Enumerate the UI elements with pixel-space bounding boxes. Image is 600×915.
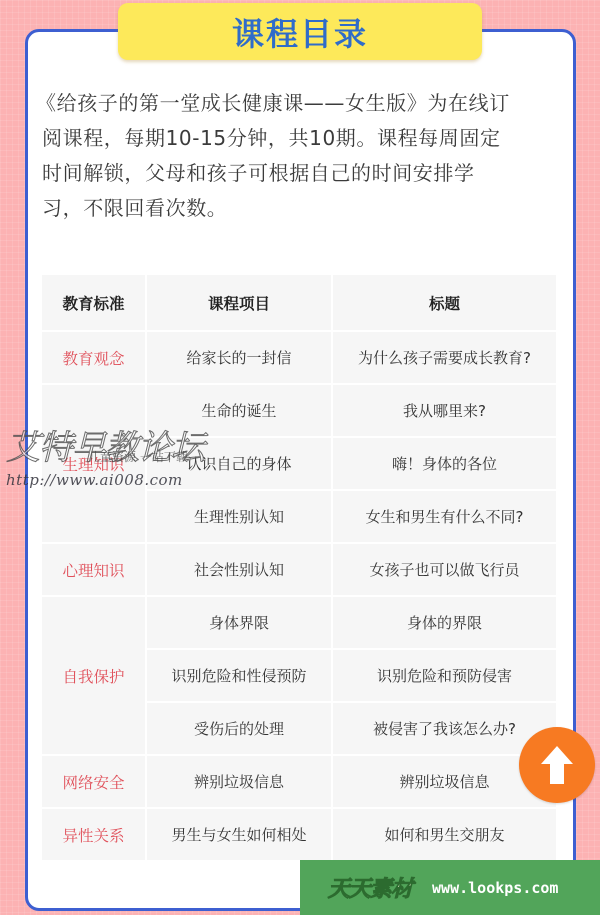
item-cell: 认识自己的身体 [147, 438, 333, 491]
table-row: 生理知识 生命的诞生 我从哪里来? [42, 385, 558, 438]
item-cell: 生命的诞生 [147, 385, 333, 438]
header-title: 标题 [333, 275, 558, 332]
scroll-to-top-button[interactable] [519, 727, 595, 803]
title-cell: 女孩子也可以做飞行员 [333, 544, 558, 597]
category-cell: 网络安全 [42, 756, 147, 809]
title-cell: 识别危险和预防侵害 [333, 650, 558, 703]
category-cell: 异性关系 [42, 809, 147, 862]
title-cell: 为什么孩子需要成长教育? [333, 332, 558, 385]
course-table: 教育标准 课程项目 标题 教育观念 给家长的一封信 为什么孩子需要成长教育? 生… [42, 275, 558, 862]
item-cell: 受伤后的处理 [147, 703, 333, 756]
watermark-bar: 天天素材 www.lookps.com [300, 860, 600, 915]
title-cell: 如何和男生交朋友 [333, 809, 558, 862]
watermark-site: www.lookps.com [432, 879, 558, 897]
header-standard: 教育标准 [42, 275, 147, 332]
item-cell: 识别危险和性侵预防 [147, 650, 333, 703]
arrow-up-icon [540, 745, 574, 785]
course-intro: 《给孩子的第一堂成长健康课——女生版》为在线订 阅课程，每期10-15分钟，共1… [42, 86, 562, 226]
item-cell: 辨别垃圾信息 [147, 756, 333, 809]
title-cell: 我从哪里来? [333, 385, 558, 438]
category-cell: 生理知识 [42, 385, 147, 544]
item-cell: 身体界限 [147, 597, 333, 650]
title-cell: 嗨！身体的各位 [333, 438, 558, 491]
intro-line: 习，不限回看次数。 [42, 191, 562, 226]
title-cell: 身体的界限 [333, 597, 558, 650]
watermark-logo: 天天素材 [328, 872, 412, 903]
table-row: 教育观念 给家长的一封信 为什么孩子需要成长教育? [42, 332, 558, 385]
item-cell: 给家长的一封信 [147, 332, 333, 385]
intro-line: 时间解锁，父母和孩子可根据自己的时间安排学 [42, 156, 562, 191]
title-badge: 课程目录 [118, 3, 482, 60]
table-row: 异性关系 男生与女生如何相处 如何和男生交朋友 [42, 809, 558, 862]
title-cell: 女生和男生有什么不同? [333, 491, 558, 544]
item-cell: 男生与女生如何相处 [147, 809, 333, 862]
table-header-row: 教育标准 课程项目 标题 [42, 275, 558, 332]
table-row: 网络安全 辨别垃圾信息 辨别垃圾信息 [42, 756, 558, 809]
intro-line: 《给孩子的第一堂成长健康课——女生版》为在线订 [42, 86, 562, 121]
category-cell: 自我保护 [42, 597, 147, 756]
item-cell: 生理性别认知 [147, 491, 333, 544]
category-cell: 心理知识 [42, 544, 147, 597]
category-cell: 教育观念 [42, 332, 147, 385]
table-row: 心理知识 社会性别认知 女孩子也可以做飞行员 [42, 544, 558, 597]
table-row: 自我保护 身体界限 身体的界限 [42, 597, 558, 650]
page-title: 课程目录 [232, 9, 368, 55]
intro-line: 阅课程，每期10-15分钟，共10期。课程每周固定 [42, 121, 562, 156]
header-item: 课程项目 [147, 275, 333, 332]
item-cell: 社会性别认知 [147, 544, 333, 597]
